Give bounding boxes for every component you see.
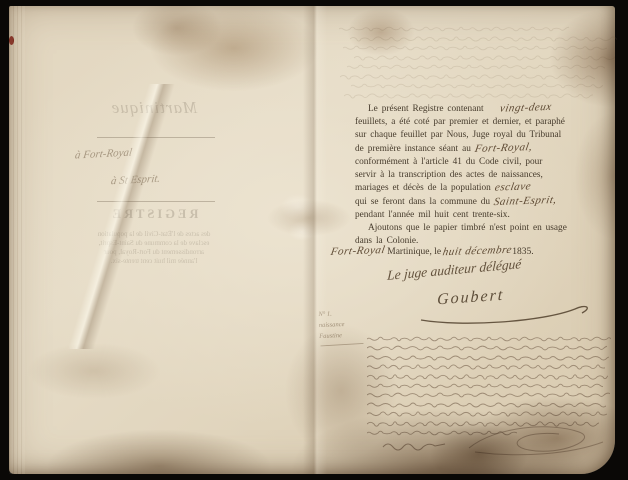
printed-text: 1835. (512, 247, 533, 257)
printed-line: de première instance séant au Fort-Royal… (355, 142, 593, 156)
red-ink-spot (9, 36, 14, 45)
scanned-register-spread: Martinique à Fort-Royal à St Esprit. REG… (0, 0, 628, 480)
handwritten-insert: huit décembre (442, 244, 513, 258)
bleedthrough-scribble-line (344, 91, 593, 101)
paper-flake (281, 194, 315, 220)
handwritten-insert: Fort-Royal, (473, 141, 533, 156)
printed-line: sur chaque feuillet par Nous, Juge royal… (355, 129, 593, 142)
printed-text: feuillets, a été coté par premier et der… (355, 117, 565, 127)
printed-text: de première instance séant au (355, 144, 475, 154)
entry-closing-left-signature (381, 438, 451, 454)
printed-line: pendant l'année mil huit cent trente-six… (355, 209, 593, 222)
printed-line: feuillets, a été coté par premier et der… (355, 116, 593, 129)
bleedthrough-scribble-line (343, 43, 607, 53)
paper-spread: Martinique à Fort-Royal à St Esprit. REG… (9, 6, 615, 474)
printed-line: Ajoutons que le papier timbré n'est poin… (355, 222, 593, 235)
bleedthrough-register-heading: REGISTRE (79, 207, 229, 222)
bleedthrough-rule-top (97, 137, 215, 138)
handwritten-insert: vingt-deux (486, 101, 553, 116)
signature-title: Le juge auditeur délégué (387, 256, 522, 284)
bleedthrough-line: l'année mil huit cent trente-six. (49, 257, 259, 265)
bleedthrough-scribble-line (350, 34, 617, 44)
printed-text: sur chaque feuillet par Nous, Juge royal… (355, 130, 561, 140)
bleedthrough-scribble-line (351, 81, 603, 91)
bleedthrough-line: esclave de la commune du Saint-Esprit, (49, 239, 259, 247)
printed-line: servir à la transcription des actes de n… (355, 169, 593, 182)
date-line: Fort-Royal Martinique, le huit décembre … (331, 245, 534, 257)
printed-line: Le présent Registre contenant vingt-deux (355, 102, 593, 116)
printed-register-notice: Le présent Registre contenant vingt-deux… (355, 102, 593, 248)
printed-text: pendant l'année mil huit cent trente-six… (355, 210, 510, 220)
bleedthrough-line: arrondissement du Fort-Royal, pour (49, 248, 259, 256)
handwritten-insert: Fort-Royal (330, 244, 386, 258)
printed-text: Ajoutons que le papier timbré n'est poin… (368, 223, 567, 233)
bleedthrough-scribble-line (347, 62, 605, 72)
bleedthrough-line: des actes de l'État-Civil de la populati… (49, 230, 259, 238)
handwritten-insert: esclave (493, 181, 531, 195)
bleedthrough-scribble-line (340, 72, 595, 82)
printed-text: servir à la transcription des actes de n… (355, 170, 543, 180)
bleedthrough-hand-line-2: à St Esprit. (110, 173, 161, 188)
margin-note-rule (319, 340, 365, 350)
printed-text: qui se feront dans la commune du (355, 197, 494, 207)
printed-text: Martinique, le (385, 247, 444, 257)
page-edge-stack (9, 6, 25, 474)
printed-text: mariages et décès de la population (355, 183, 495, 193)
bleedthrough-title: Martinique (79, 98, 229, 118)
printed-line: conformément à l'article 41 du Code civi… (355, 156, 593, 169)
bleedthrough-scribble-line (354, 53, 615, 63)
signature-flourish (417, 300, 607, 328)
printed-line: qui se feront dans la commune du Saint-E… (355, 195, 593, 209)
bleedthrough-hand-line-1: à Fort-Royal (74, 146, 133, 161)
handwritten-insert: Saint-Esprit, (493, 194, 558, 209)
paper-flake (289, 221, 315, 241)
bleedthrough-scribble-line (339, 24, 569, 34)
bleedthrough-rule-bottom (97, 201, 215, 202)
binding-gutter (303, 6, 327, 474)
entry-closing-paraph (461, 418, 611, 462)
printed-text: conformément à l'article 41 du Code civi… (355, 157, 542, 167)
printed-text: Le présent Registre contenant (368, 104, 487, 114)
